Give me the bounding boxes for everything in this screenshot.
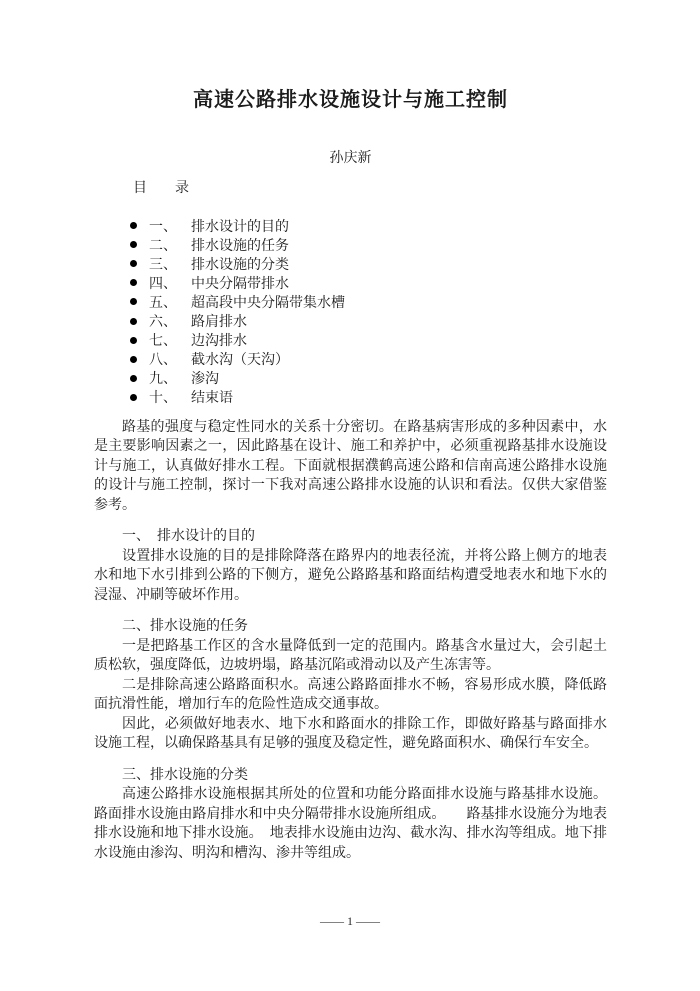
bullet-icon	[130, 318, 137, 325]
toc-item-number: 四、	[149, 273, 191, 293]
document-page: 高速公路排水设施设计与施工控制 孙庆新 目 录 一、 排水设计的目的 二、 排水…	[0, 0, 700, 991]
toc-item-label: 中央分隔带排水	[191, 273, 289, 293]
bullet-icon	[130, 375, 137, 382]
toc-item-number: 十、	[149, 387, 191, 407]
toc-item-number: 三、	[149, 254, 191, 274]
bullet-icon	[130, 260, 137, 267]
toc-item-label: 排水设施的分类	[191, 254, 289, 274]
toc-item-8: 八、 截水沟（天沟）	[94, 350, 607, 369]
toc-item-number: 二、	[149, 235, 191, 255]
bullet-icon	[130, 337, 137, 344]
bullet-icon	[130, 298, 137, 305]
bullet-icon	[130, 356, 137, 363]
toc-item-number: 八、	[149, 349, 191, 369]
toc-item-5: 五、 超高段中央分隔带集水槽	[94, 292, 607, 311]
toc-item-6: 六、 路肩排水	[94, 311, 607, 330]
section-drainage-facility-classification: 三、排水设施的分类 高速公路排水设施根据其所处的位置和功能分路面排水设施与路基排…	[94, 766, 607, 864]
toc-item-label: 超高段中央分隔带集水槽	[191, 292, 345, 312]
toc-item-label: 排水设计的目的	[191, 216, 289, 236]
toc-list: 一、 排水设计的目的 二、 排水设施的任务 三、 排水设施的分类 四、 中央分隔…	[94, 216, 607, 407]
bullet-icon	[130, 241, 137, 248]
toc-item-1: 一、 排水设计的目的	[94, 216, 607, 235]
toc-item-label: 结束语	[191, 387, 233, 407]
section-paragraph: 因此，必须做好地表水、地下水和路面水的排除工作，即做好路基与路面排水设施工程，以…	[94, 715, 607, 754]
toc-item-label: 截水沟（天沟）	[191, 349, 289, 369]
section-heading: 二、排水设施的任务	[94, 617, 607, 637]
section-paragraph: 高速公路排水设施根据其所处的位置和功能分路面排水设施与路基排水设施。路面排水设施…	[94, 785, 607, 863]
author-name: 孙庆新	[94, 150, 607, 167]
toc-item-number: 一、	[149, 216, 191, 236]
bullet-icon	[130, 394, 137, 401]
section-drainage-facility-tasks: 二、排水设施的任务 一是把路基工作区的含水量降低到一定的范围内。路基含水量过大，…	[94, 617, 607, 754]
bullet-icon	[130, 279, 137, 286]
section-heading: 一、 排水设计的目的	[94, 527, 607, 547]
toc-item-label: 路肩排水	[191, 311, 247, 331]
toc-item-label: 边沟排水	[191, 330, 247, 350]
toc-label: 目 录	[94, 180, 607, 197]
toc-item-number: 九、	[149, 368, 191, 388]
toc-item-label: 排水设施的任务	[191, 235, 289, 255]
toc-item-9: 九、 渗沟	[94, 369, 607, 388]
toc-item-10: 十、 结束语	[94, 388, 607, 407]
section-paragraph: 设置排水设施的目的是排除降落在路界内的地表径流，并将公路上侧方的地表水和地下水引…	[94, 547, 607, 606]
toc-item-3: 三、 排水设施的分类	[94, 254, 607, 273]
toc-item-2: 二、 排水设施的任务	[94, 235, 607, 254]
toc-item-number: 七、	[149, 330, 191, 350]
section-paragraph: 一是把路基工作区的含水量降低到一定的范围内。路基含水量过大，会引起土质松软，强度…	[94, 637, 607, 676]
page-footer: —— 1 ——	[0, 914, 700, 929]
toc-item-number: 六、	[149, 311, 191, 331]
section-paragraph: 二是排除高速公路路面积水。高速公路路面排水不畅，容易形成水膜，降低路面抗滑性能，…	[94, 676, 607, 715]
document-title: 高速公路排水设施设计与施工控制	[94, 88, 607, 112]
page-number: —— 1 ——	[320, 914, 380, 928]
section-heading: 三、排水设施的分类	[94, 766, 607, 786]
section-drainage-design-purpose: 一、 排水设计的目的 设置排水设施的目的是排除降落在路界内的地表径流，并将公路上…	[94, 527, 607, 605]
toc-item-number: 五、	[149, 292, 191, 312]
toc-item-4: 四、 中央分隔带排水	[94, 273, 607, 292]
bullet-icon	[130, 222, 137, 229]
toc-item-7: 七、 边沟排水	[94, 331, 607, 350]
intro-paragraph: 路基的强度与稳定性同水的关系十分密切。在路基病害形成的多种因素中，水是主要影响因…	[94, 418, 607, 516]
toc-item-label: 渗沟	[191, 368, 219, 388]
